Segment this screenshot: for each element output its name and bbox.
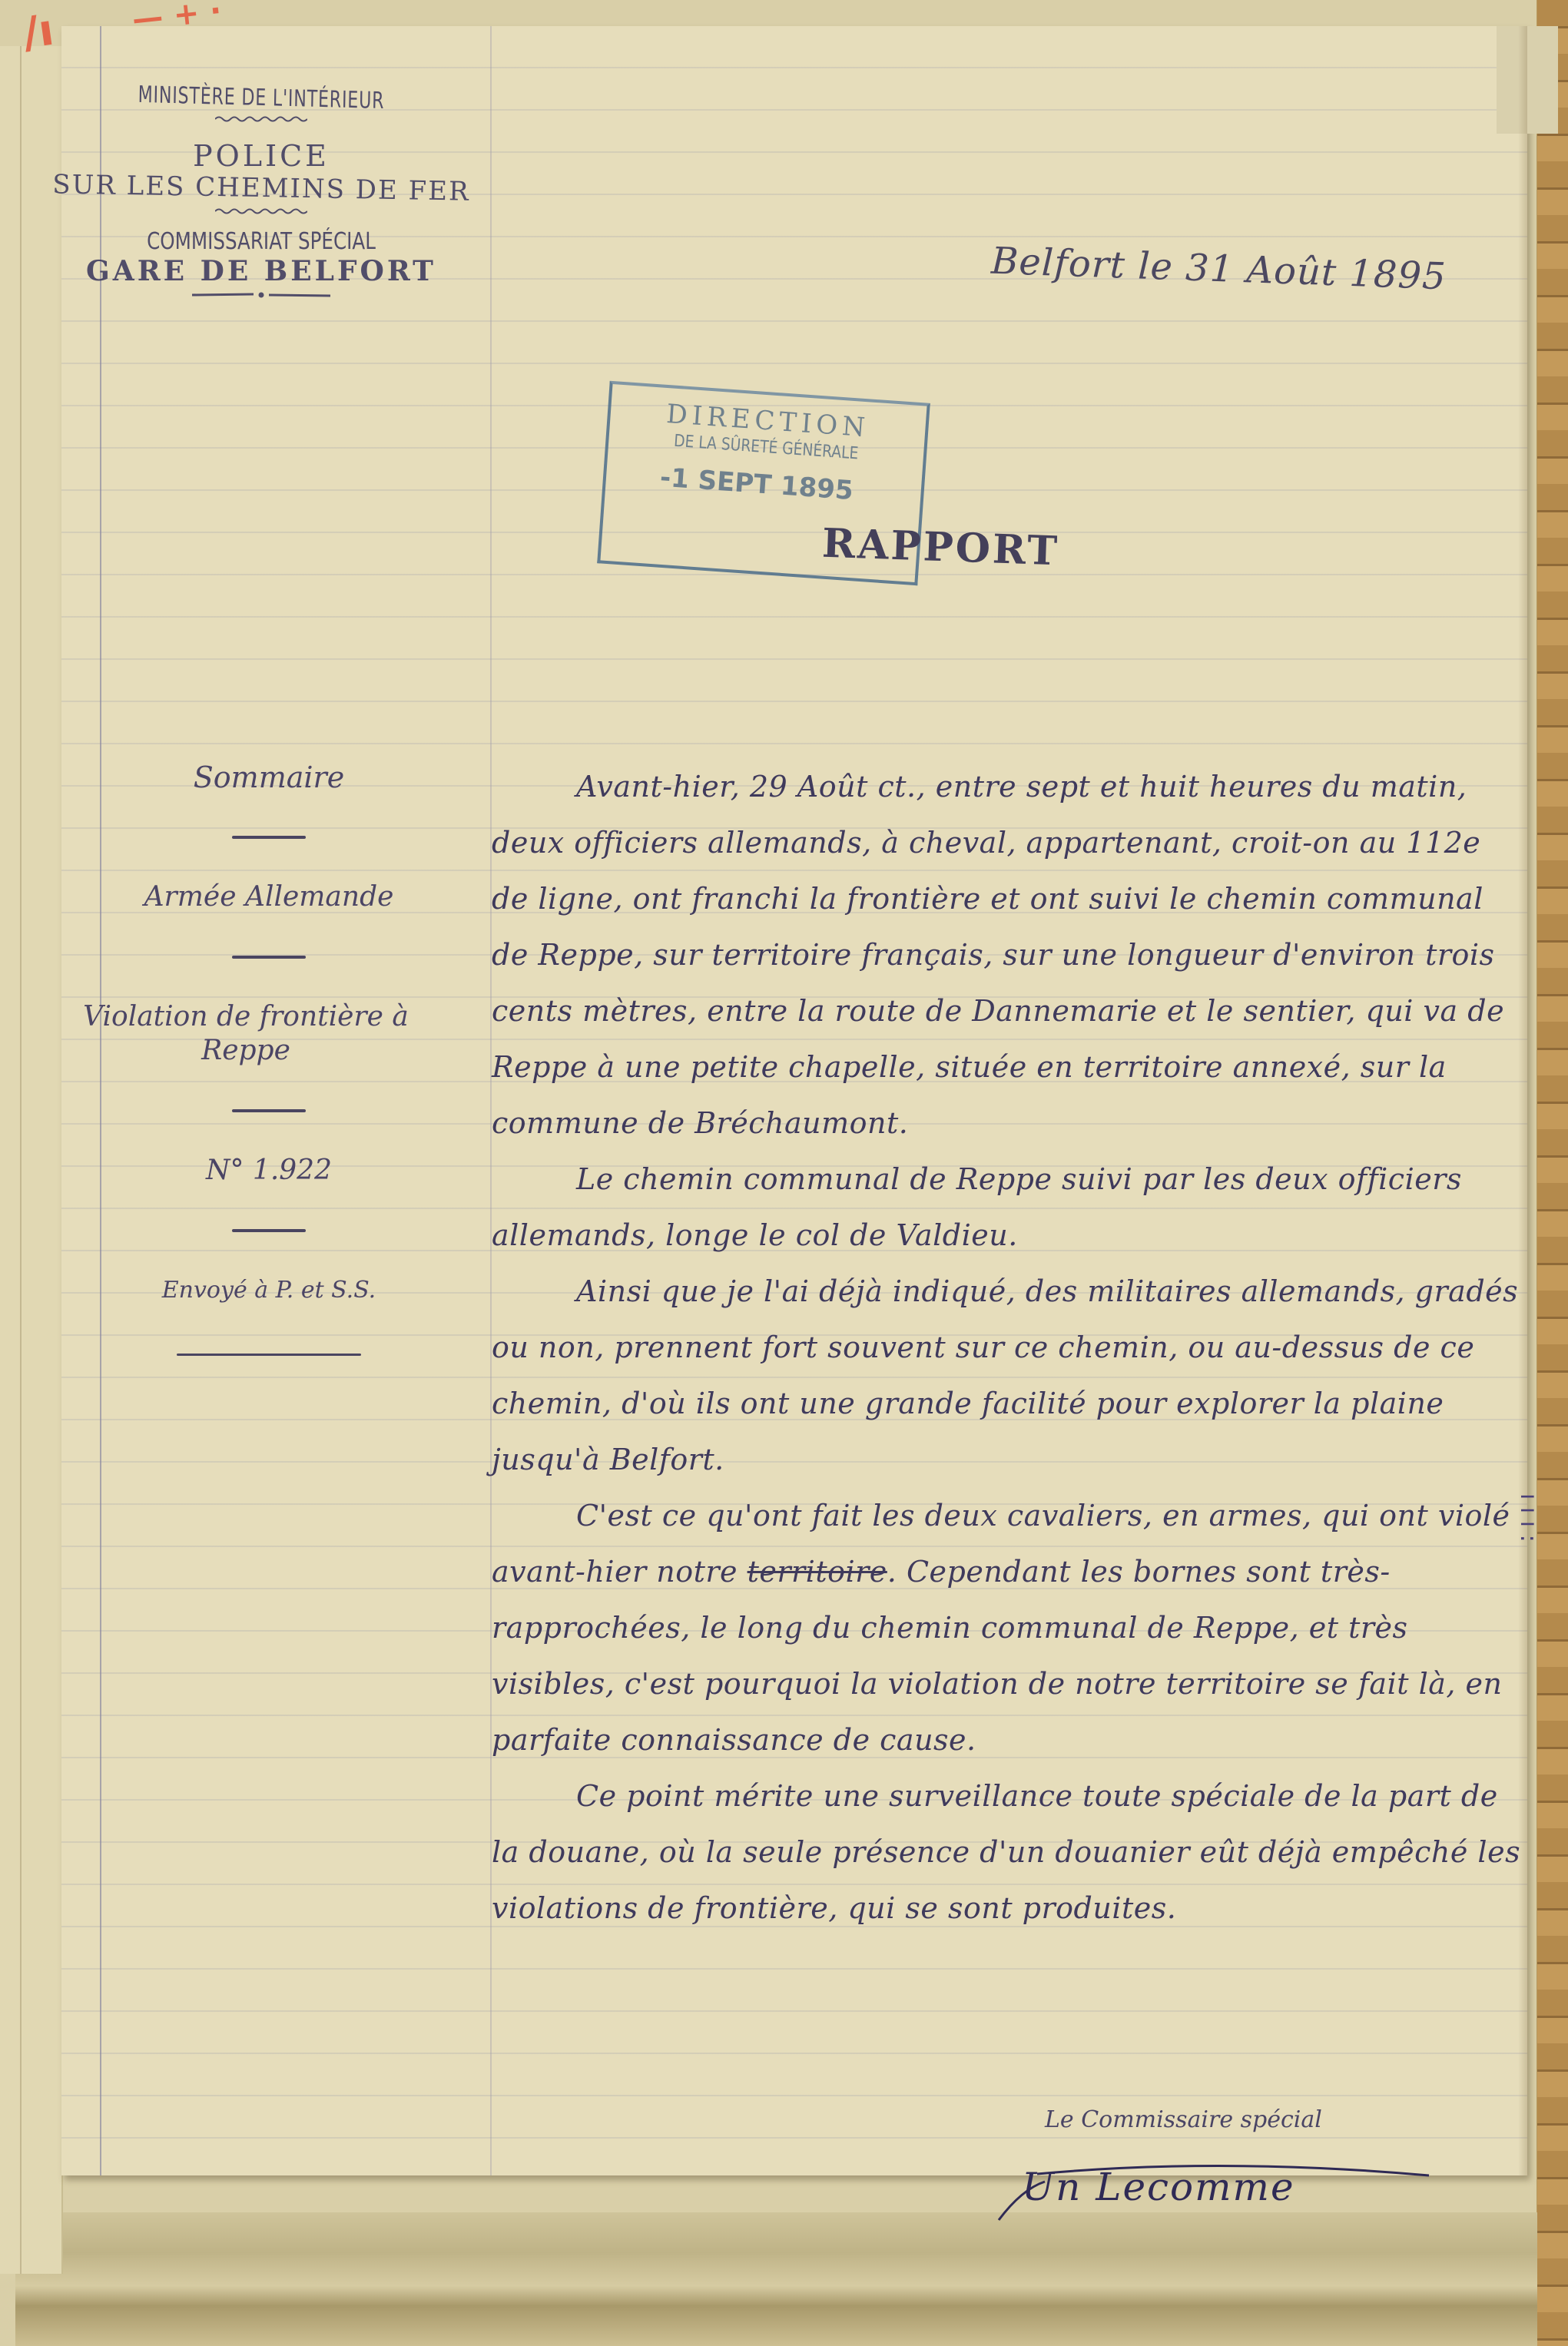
summary-end-rule [177, 1354, 361, 1356]
summary-number: N° 1.922 [92, 1154, 446, 1188]
summary-column: Sommaire Armée Allemande Violation de fr… [92, 760, 446, 1397]
summary-divider [232, 1109, 306, 1112]
red-pencil-mark: /ı [20, 9, 56, 56]
summary-topic: Violation de frontière à Reppe [69, 1000, 423, 1068]
body-paragraph: Le chemin communal de Reppe suivi par le… [492, 1151, 1521, 1264]
ministry-line: MINISTÈRE DE L'INTÉRIEUR [85, 80, 438, 116]
railways-line: SUR LES CHEMINS DE FER [46, 169, 477, 207]
signature: Un Lecomme [991, 2159, 1437, 2228]
squiggle-divider-icon [215, 207, 307, 214]
station-line: GARE DE BELFORT [46, 255, 476, 287]
summary-divider [232, 836, 306, 839]
wooden-table-edge [1537, 0, 1568, 2346]
police-line: POLICE [46, 139, 476, 173]
header-stamp: MINISTÈRE DE L'INTÉRIEUR POLICE SUR LES … [46, 84, 476, 298]
underlying-sheet-left [0, 46, 63, 2274]
rapport-stamp: RAPPORT [821, 520, 1060, 575]
body-paragraph: Ce point mérite une surveillance toute s… [492, 1768, 1521, 1937]
ornamental-rule-icon [192, 292, 330, 298]
body-paragraph: Ainsi que je l'ai déjà indiqué, des mili… [492, 1264, 1521, 1488]
struck-word: territoire [748, 1555, 887, 1589]
office-line: COMMISSARIAT SPÉCIAL [85, 228, 437, 255]
summary-divider [232, 1229, 306, 1232]
summary-title: Sommaire [92, 760, 446, 794]
paper-stack-bottom-edges [15, 2212, 1544, 2346]
signatory-title: Le Commissaire spécial [1045, 2106, 1322, 2133]
stamp-date: -1 SEPT 1895 [605, 459, 922, 512]
summary-divider [232, 956, 306, 959]
summary-subject: Armée Allemande [92, 880, 446, 914]
margin-line [20, 46, 22, 2274]
report-body: Avant-hier, 29 Août ct., entre sept et h… [492, 759, 1521, 1937]
signature-text: Un Lecomme [1022, 2165, 1295, 2209]
sheet-corner [1497, 26, 1558, 134]
body-paragraph: C'est ce qu'ont fait les deux cavaliers,… [492, 1488, 1521, 1768]
body-paragraph: Avant-hier, 29 Août ct., entre sept et h… [492, 759, 1521, 1151]
squiggle-divider-icon [215, 114, 307, 122]
summary-routing: Envoyé à P. et S.S. [92, 1274, 446, 1307]
